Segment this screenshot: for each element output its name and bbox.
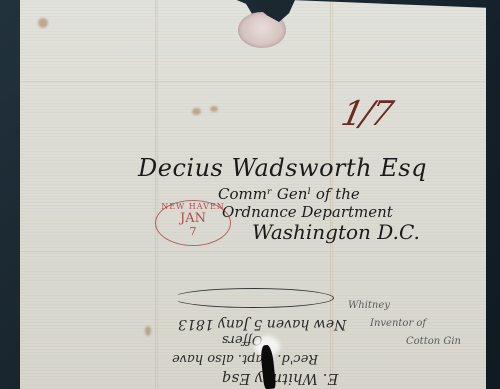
- age-stain: [38, 18, 48, 28]
- postmark-day: 7: [156, 225, 230, 238]
- postmark-month: JAN: [156, 211, 230, 226]
- horizontal-fold-line: [20, 250, 486, 252]
- vertical-fold-line: [155, 0, 158, 389]
- horizontal-fold-line: [20, 80, 486, 82]
- address-recipient: Decius Wadsworth Esq: [138, 154, 427, 182]
- address-city: Washington D.C.: [252, 220, 420, 244]
- docket-flourish: [172, 288, 334, 308]
- pencil-note-invention: Cotton Gin: [406, 336, 461, 347]
- postmark-town: NEW HAVEN: [156, 202, 230, 211]
- pencil-note-role: Inventor of: [370, 318, 426, 329]
- age-stain: [192, 108, 201, 115]
- docket-date: New haven 5 Jany 1813: [178, 316, 346, 332]
- docket-note: Rec'd. Capt. also have: [172, 351, 318, 366]
- age-stain: [210, 106, 218, 112]
- address-title: Commʳ Genˡ of the: [218, 185, 360, 203]
- age-stain: [145, 326, 151, 336]
- postage-rate-marking: 1/7: [338, 94, 395, 134]
- docket-sender: E. Whitney Esq: [222, 370, 338, 388]
- pencil-note-name: Whitney: [348, 300, 390, 311]
- postmark-stamp: NEW HAVEN JAN 7: [155, 200, 231, 246]
- address-department: Ordnance Department: [222, 203, 393, 221]
